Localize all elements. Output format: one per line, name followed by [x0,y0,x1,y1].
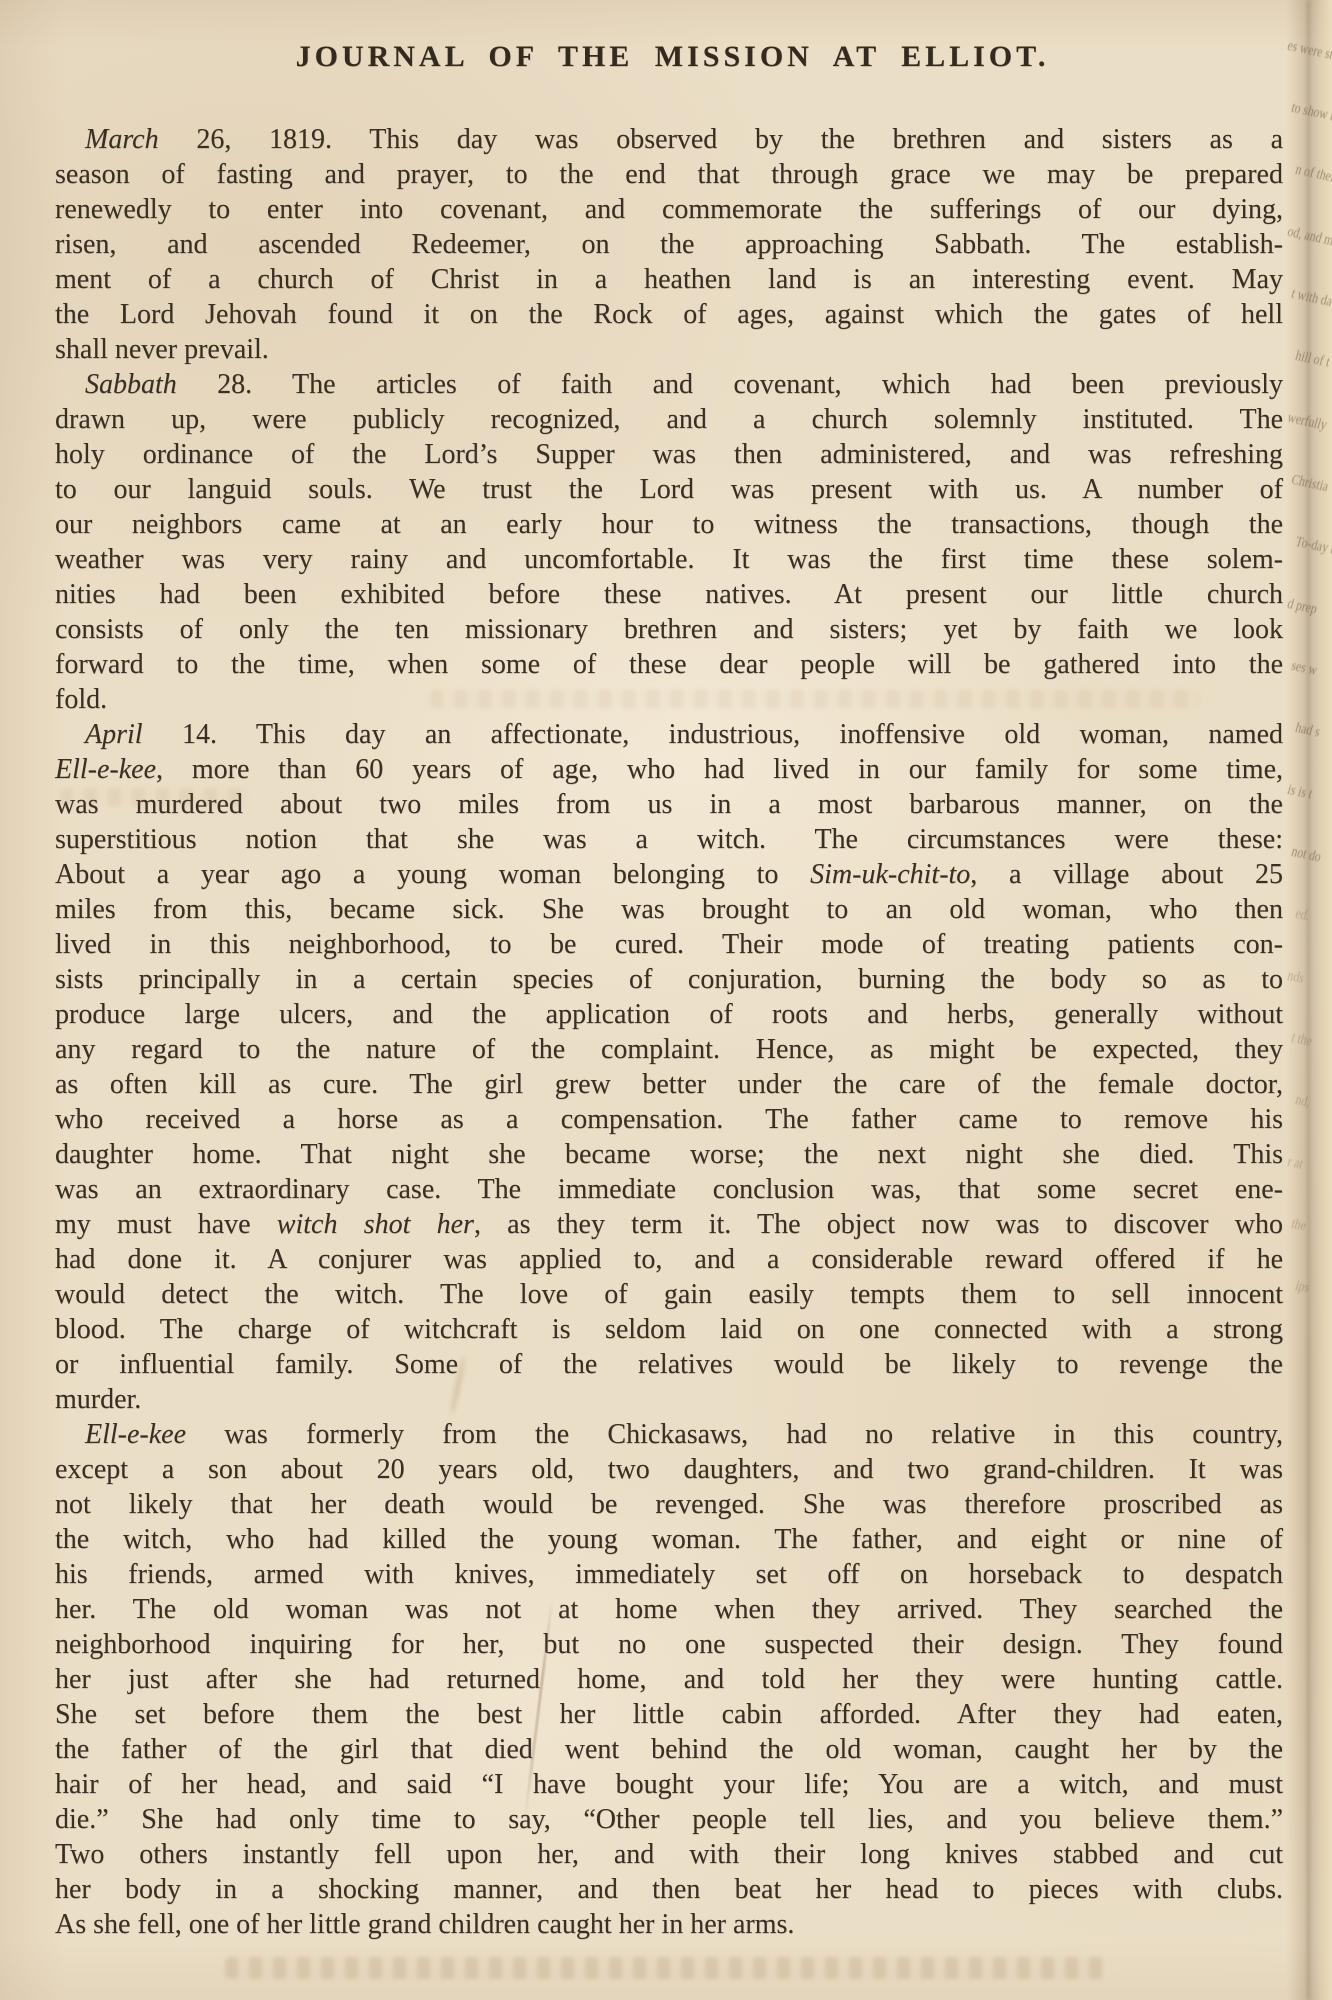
text-segment: murder. [55,1384,141,1415]
text-line: had done it. A conjurer was applied to, … [55,1242,1283,1277]
italic-term: March [85,124,159,155]
text-segment: was an extraordinary case. The immediate… [55,1174,1283,1205]
text-segment: season of fasting and prayer, to the end… [55,159,1283,190]
adjacent-page-text-fragment: d prep [1285,596,1319,618]
adjacent-page-text-fragment: n of their b [1293,162,1332,189]
text-segment: my must have [55,1209,277,1240]
text-line: her. The old woman was not at home when … [55,1592,1283,1627]
text-segment: ment of a church of Christ in a heathen … [55,264,1283,295]
text-segment: our neighbors came at an early hour to w… [55,509,1283,540]
text-segment: who received a horse as a compensation. … [55,1104,1283,1135]
text-segment: superstitious notion that she was a witc… [55,824,1283,855]
text-line: risen, and ascended Redeemer, on the app… [55,227,1283,262]
text-line: lived in this neighborhood, to be cured.… [55,927,1283,962]
text-segment: holy ordinance of the Lord’s Supper was … [55,439,1283,470]
page-title: JOURNAL OF THE MISSION AT ELLIOT. [55,40,1290,74]
text-line: the witch, who had killed the young woma… [55,1522,1283,1557]
paragraph: March 26, 1819. This day was observed by… [55,122,1283,367]
text-segment: , a village about 25 [970,859,1283,890]
text-line: season of fasting and prayer, to the end… [55,157,1283,192]
text-line: Ell-e-kee, more than 60 years of age, wh… [55,752,1283,787]
text-line: the Lord Jehovah found it on the Rock of… [55,297,1283,332]
text-line: produce large ulcers, and the applicatio… [55,997,1283,1032]
text-line: her just after she had returned home, an… [55,1662,1283,1697]
text-segment: except a son about 20 years old, two dau… [55,1454,1283,1485]
text-line: ment of a church of Christ in a heathen … [55,262,1283,297]
text-line: superstitious notion that she was a witc… [55,822,1283,857]
showthrough-ghost-text [60,788,250,806]
adjacent-page-text-fragment: t the [1289,1030,1314,1051]
text-segment: her. The old woman was not at home when … [55,1594,1283,1625]
text-line: shall never prevail. [55,332,1283,367]
text-segment: the father of the girl that died went be… [55,1734,1283,1765]
text-line: weather was very rainy and uncomfortable… [55,542,1283,577]
text-segment: would detect the witch. The love of gain… [55,1279,1283,1310]
text-segment: risen, and ascended Redeemer, on the app… [55,229,1283,260]
text-segment: as often kill as cure. The girl grew bet… [55,1069,1283,1100]
text-segment: produce large ulcers, and the applicatio… [55,999,1283,1030]
italic-term: Ell-e-kee [85,1419,186,1450]
text-line: the father of the girl that died went be… [55,1732,1283,1767]
text-segment: to our languid souls. We trust the Lord … [55,474,1283,505]
text-segment: lived in this neighborhood, to be cured.… [55,929,1283,960]
text-segment: Two others instantly fell upon her, and … [55,1839,1283,1870]
text-segment: About a year ago a young woman belonging… [55,859,810,890]
text-segment: shall never prevail. [55,334,269,365]
text-segment: the witch, who had killed the young woma… [55,1524,1283,1555]
text-line: holy ordinance of the Lord’s Supper was … [55,437,1283,472]
text-line: March 26, 1819. This day was observed by… [55,122,1283,157]
text-segment: nities had been exhibited before these n… [55,579,1283,610]
text-line: who received a horse as a compensation. … [55,1102,1283,1137]
italic-term: Ell-e-kee [55,754,156,785]
text-segment: die.” She had only time to say, “Other p… [55,1804,1283,1835]
text-segment: drawn up, were publicly recognized, and … [55,404,1283,435]
text-segment: daughter home. That night she became wor… [55,1139,1283,1170]
adjacent-page-text-fragment: the [1289,1216,1308,1235]
showthrough-ghost-text [225,1957,1105,1979]
text-segment: the Lord Jehovah found it on the Rock of… [55,299,1283,330]
text-line: About a year ago a young woman belonging… [55,857,1283,892]
text-line: our neighbors came at an early hour to w… [55,507,1283,542]
text-line: murder. [55,1382,1283,1417]
text-line: except a son about 20 years old, two dau… [55,1452,1283,1487]
adjacent-page-text-fragment: not do [1289,844,1323,866]
text-segment: was formerly from the Chickasaws, had no… [186,1419,1283,1450]
adjacent-page-text-fragment: nds [1285,968,1306,988]
text-line: neighborhood inquiring for her, but no o… [55,1627,1283,1662]
text-segment: had done it. A conjurer was applied to, … [55,1244,1283,1275]
text-segment: blood. The charge of witchcraft is seldo… [55,1314,1283,1345]
text-line: to our languid souls. We trust the Lord … [55,472,1283,507]
text-segment: forward to the time, when some of these … [55,649,1283,680]
text-line: Sabbath 28. The articles of faith and co… [55,367,1283,402]
text-body: March 26, 1819. This day was observed by… [55,122,1283,1942]
text-segment: fold. [55,684,107,715]
text-line: as often kill as cure. The girl grew bet… [55,1067,1283,1102]
italic-term: witch shot her [277,1209,474,1240]
adjacent-page-text-fragment: t with da [1289,286,1332,311]
text-line: was an extraordinary case. The immediate… [55,1172,1283,1207]
text-line: her body in a shocking manner, and then … [55,1872,1283,1907]
text-segment: renewedly to enter into covenant, and co… [55,194,1283,225]
paragraph: April 14. This day an affectionate, indu… [55,717,1283,1417]
adjacent-page-text-fragment: ses w [1289,658,1319,680]
text-line: As she fell, one of her little grand chi… [55,1907,1283,1942]
text-segment: weather was very rainy and uncomfortable… [55,544,1283,575]
text-segment: not likely that her death would be reven… [55,1489,1283,1520]
adjacent-page-text-fragment: r at [1285,1154,1305,1174]
text-line: blood. The charge of witchcraft is seldo… [55,1312,1283,1347]
text-line: sists principally in a certain species o… [55,962,1283,997]
text-line: nities had been exhibited before these n… [55,577,1283,612]
text-segment: her just after she had returned home, an… [55,1664,1283,1695]
text-line: miles from this, became sick. She was br… [55,892,1283,927]
text-segment: , more than 60 years of age, who had liv… [156,754,1283,785]
text-segment: 28. The articles of faith and covenant, … [177,369,1283,400]
text-line: drawn up, were publicly recognized, and … [55,402,1283,437]
text-line: forward to the time, when some of these … [55,647,1283,682]
text-line: April 14. This day an affectionate, indu… [55,717,1283,752]
text-segment: any regard to the nature of the complain… [55,1034,1283,1065]
adjacent-page-text-fragment: to show th [1289,100,1332,126]
text-segment: As she fell, one of her little grand chi… [55,1909,794,1940]
text-line: Two others instantly fell upon her, and … [55,1837,1283,1872]
adjacent-page-text-fragment: werfully [1285,410,1329,435]
text-line: consists of only the ten missionary bret… [55,612,1283,647]
text-line: She set before them the best her little … [55,1697,1283,1732]
text-segment: , as they term it. The object now was to… [474,1209,1283,1240]
text-segment: 14. This day an affectionate, industriou… [143,719,1283,750]
adjacent-page-text-fragment: is is t [1285,782,1314,803]
text-line: Ell-e-kee was formerly from the Chickasa… [55,1417,1283,1452]
text-line: daughter home. That night she became wor… [55,1137,1283,1172]
adjacent-page-text-fragment: Christia [1289,472,1330,496]
showthrough-ghost-text [430,690,1200,708]
text-line: hair of her head, and said “I have bough… [55,1767,1283,1802]
text-line: or influential family. Some of the relat… [55,1347,1283,1382]
text-line: his friends, armed with knives, immediat… [55,1557,1283,1592]
scanned-page: JOURNAL OF THE MISSION AT ELLIOT. March … [0,0,1332,2000]
italic-term: Sim-uk-chit-to [810,859,970,890]
text-segment: miles from this, became sick. She was br… [55,894,1283,925]
text-line: would detect the witch. The love of gain… [55,1277,1283,1312]
text-line: my must have witch shot her, as they ter… [55,1207,1283,1242]
paragraph: Ell-e-kee was formerly from the Chickasa… [55,1417,1283,1942]
text-line: not likely that her death would be reven… [55,1487,1283,1522]
text-segment: her body in a shocking manner, and then … [55,1874,1283,1905]
text-segment: his friends, armed with knives, immediat… [55,1559,1283,1590]
italic-term: April [85,719,143,750]
page-curl-edge: es were stto show thn of their bod, and … [1286,0,1332,2000]
adjacent-page-text-fragment: To-day t [1293,534,1332,558]
text-segment: She set before them the best her little … [55,1699,1283,1730]
text-segment: or influential family. Some of the relat… [55,1349,1283,1380]
text-segment: 26, 1819. This day was observed by the b… [159,124,1283,155]
italic-term: Sabbath [85,369,177,400]
text-line: any regard to the nature of the complain… [55,1032,1283,1067]
text-line: die.” She had only time to say, “Other p… [55,1802,1283,1837]
paragraph: Sabbath 28. The articles of faith and co… [55,367,1283,717]
adjacent-page-text-fragment: hill of t [1293,348,1332,372]
text-segment: neighborhood inquiring for her, but no o… [55,1629,1283,1660]
text-segment: hair of her head, and said “I have bough… [55,1769,1283,1800]
text-line: renewedly to enter into covenant, and co… [55,192,1283,227]
adjacent-page-text-fragment: had s [1293,720,1322,741]
text-segment: sists principally in a certain species o… [55,964,1283,995]
text-segment: consists of only the ten missionary bret… [55,614,1283,645]
